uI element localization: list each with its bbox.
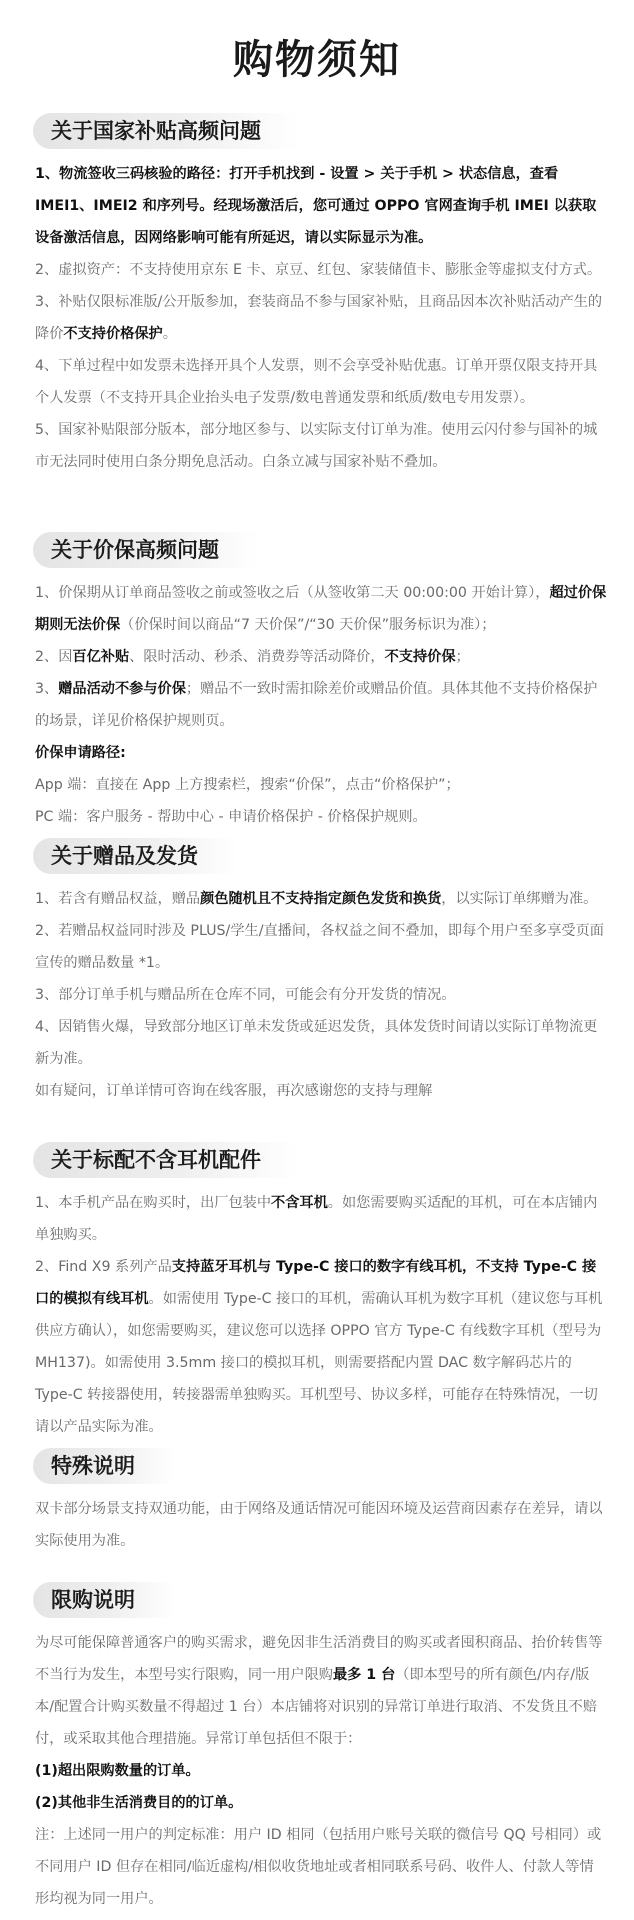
emphasis-text: 最多 1 台 [333,1667,395,1683]
body-text: （价保时间以商品“7 天价保”/“30 天价保”服务标识为准）； [120,617,495,633]
section-body-national-subsidy: 1、物流签收三码核验的路径：打开手机找到 - 设置 > 关于手机 > 状态信息，… [35,158,607,478]
paragraph: 2、因百亿补贴、限时活动、秒杀、消费券等活动降价，不支持价保； [35,641,607,673]
page-title: 购物须知 [0,32,634,88]
paragraph: 3、部分订单手机与赠品所在仓库不同，可能会有分开发货的情况。 [35,979,607,1011]
emphasis-text: 价保申请路径: [35,745,126,761]
emphasis-text: (2)其他非生活消费目的的订单。 [35,1795,242,1811]
paragraph: (2)其他非生活消费目的的订单。 [35,1787,607,1819]
emphasis-text: 不支持价保 [385,649,456,665]
section-heading-price-protection: 关于价保高频问题 [33,532,259,568]
paragraph: 价保申请路径: [35,737,607,769]
body-text: 双卡部分场景支持双通功能，由于网络及通话情况可能因环境及运营商因素存在差异，请以… [35,1501,603,1549]
section-heading-gifts-shipping: 关于赠品及发货 [33,838,238,874]
section-body-no-earphones: 1、本手机产品在购买时，出厂包装中不含耳机。如您需要购买适配的耳机，可在本店铺内… [35,1187,607,1443]
body-text: 、限时活动、秒杀、消费券等活动降价， [129,649,384,665]
emphasis-text: 赠品活动不参与价保 [58,681,186,697]
paragraph: 1、价保期从订单商品签收之前或签收之后（从签收第二天 00:00:00 开始计算… [35,577,607,641]
section-body-gifts-shipping: 1、若含有赠品权益，赠品颜色随机且不支持指定颜色发货和换货，以实际订单绑赠为准。… [35,883,607,1107]
section-body-special-notes: 双卡部分场景支持双通功能，由于网络及通话情况可能因环境及运营商因素存在差异，请以… [35,1493,607,1557]
paragraph: 如有疑问，订单详情可咨询在线客服，再次感谢您的支持与理解 [35,1075,607,1107]
body-text: 3、 [35,681,58,697]
emphasis-text: (1)超出限购数量的订单。 [35,1763,200,1779]
body-text: 4、因销售火爆，导致部分地区订单未发货或延迟发货，具体发货时间请以实际订单物流更… [35,1019,597,1067]
body-text: 2、若赠品权益同时涉及 PLUS/学生/直播间，各权益之间不叠加，即每个用户至多… [35,923,604,971]
paragraph: 1、若含有赠品权益，赠品颜色随机且不支持指定颜色发货和换货，以实际订单绑赠为准。 [35,883,607,915]
body-text: 注：上述同一用户的判定标准：用户 ID 相同（包括用户账号关联的微信号 QQ 号… [35,1827,601,1907]
emphasis-text: 1、物流签收三码核验的路径：打开手机找到 - 设置 > 关于手机 > 状态信息，… [35,166,596,246]
body-text: 。 [163,326,177,342]
body-text: 2、因 [35,649,72,665]
emphasis-text: 颜色随机且不支持指定颜色发货和换货 [200,891,441,907]
section-heading-no-earphones: 关于标配不含耳机配件 [33,1142,301,1178]
emphasis-text: 百亿补贴 [72,649,129,665]
body-text: ； [456,649,470,665]
paragraph: 2、若赠品权益同时涉及 PLUS/学生/直播间，各权益之间不叠加，即每个用户至多… [35,915,607,979]
body-text: PC 端：客户服务 - 帮助中心 - 申请价格保护 - 价格保护规则。 [35,809,427,825]
paragraph: 注：上述同一用户的判定标准：用户 ID 相同（包括用户账号关联的微信号 QQ 号… [35,1819,607,1915]
paragraph: 5、国家补贴限部分版本，部分地区参与、以实际支付订单为准。使用云闪付参与国补的城… [35,414,607,478]
body-text: ，以实际订单绑赠为准。 [441,891,597,907]
paragraph: 2、虚拟资产：不支持使用京东 E 卡、京豆、红包、家装储值卡、膨胀金等虚拟支付方… [35,254,607,286]
section-heading-purchase-limit: 限购说明 [33,1582,175,1618]
emphasis-text: 不支持价格保护 [63,326,162,342]
body-text: 4、下单过程中如发票未选择开具个人发票，则不会享受补贴优惠。订单开票仅限支持开具… [35,358,597,406]
body-text: App 端：直接在 App 上方搜索栏，搜索“价保”，点击“价格保护”； [35,777,460,793]
body-text: 。如需使用 Type-C 接口的耳机，需确认耳机为数字耳机（建议您与耳机供应方确… [35,1291,602,1435]
paragraph: PC 端：客户服务 - 帮助中心 - 申请价格保护 - 价格保护规则。 [35,801,607,833]
paragraph: 为尽可能保障普通客户的购买需求，避免因非生活消费目的购买或者囤积商品、抬价转售等… [35,1627,607,1755]
paragraph: 4、下单过程中如发票未选择开具个人发票，则不会享受补贴优惠。订单开票仅限支持开具… [35,350,607,414]
emphasis-text: 不含耳机 [271,1195,328,1211]
section-body-purchase-limit: 为尽可能保障普通客户的购买需求，避免因非生活消费目的购买或者囤积商品、抬价转售等… [35,1627,607,1915]
paragraph: 1、本手机产品在购买时，出厂包装中不含耳机。如您需要购买适配的耳机，可在本店铺内… [35,1187,607,1251]
body-text: 2、虚拟资产：不支持使用京东 E 卡、京豆、红包、家装储值卡、膨胀金等虚拟支付方… [35,262,601,278]
paragraph: App 端：直接在 App 上方搜索栏，搜索“价保”，点击“价格保护”； [35,769,607,801]
paragraph: 1、物流签收三码核验的路径：打开手机找到 - 设置 > 关于手机 > 状态信息，… [35,158,607,254]
section-body-price-protection: 1、价保期从订单商品签收之前或签收之后（从签收第二天 00:00:00 开始计算… [35,577,607,833]
body-text: 1、本手机产品在购买时，出厂包装中 [35,1195,271,1211]
paragraph: 3、补贴仅限标准版/公开版参加，套装商品不参与国家补贴，且商品因本次补贴活动产生… [35,286,607,350]
paragraph: (1)超出限购数量的订单。 [35,1755,607,1787]
paragraph: 3、赠品活动不参与价保；赠品不一致时需扣除差价或赠品价值。具体其他不支持价格保护… [35,673,607,737]
body-text: 2、Find X9 系列产品 [35,1259,172,1275]
body-text: 如有疑问，订单详情可咨询在线客服，再次感谢您的支持与理解 [35,1083,432,1099]
section-heading-special-notes: 特殊说明 [33,1448,175,1484]
paragraph: 4、因销售火爆，导致部分地区订单未发货或延迟发货，具体发货时间请以实际订单物流更… [35,1011,607,1075]
body-text: 1、价保期从订单商品签收之前或签收之后（从签收第二天 00:00:00 开始计算… [35,585,549,601]
section-heading-national-subsidy: 关于国家补贴高频问题 [33,113,301,149]
body-text: 5、国家补贴限部分版本，部分地区参与、以实际支付订单为准。使用云闪付参与国补的城… [35,422,597,470]
body-text: 1、若含有赠品权益，赠品 [35,891,200,907]
body-text: 3、部分订单手机与赠品所在仓库不同，可能会有分开发货的情况。 [35,987,455,1003]
paragraph: 双卡部分场景支持双通功能，由于网络及通话情况可能因环境及运营商因素存在差异，请以… [35,1493,607,1557]
paragraph: 2、Find X9 系列产品支持蓝牙耳机与 Type-C 接口的数字有线耳机，不… [35,1251,607,1443]
